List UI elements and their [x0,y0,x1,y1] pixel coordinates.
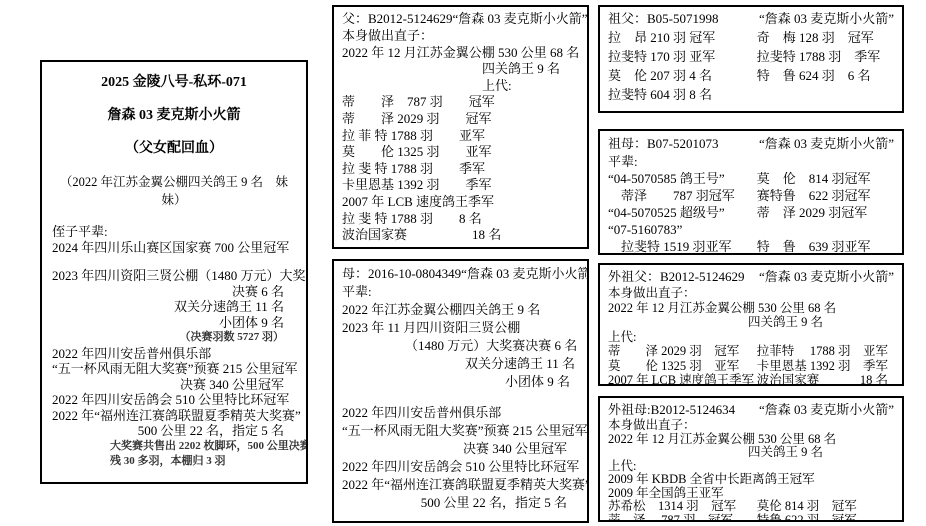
result-cell: 拉菲特 1788 羽 亚军 [757,344,894,359]
result-cell: 卡里恩基 1392 羽 季军 [757,359,894,374]
result-cell: “07-5160783” [608,221,757,238]
pedigree-chart: 2025 金陵八号-私环-071 詹森 03 麦克斯小火箭 （父女配回血） （2… [0,0,926,526]
father-ring-number: 父：B2012-5124629 [342,10,453,28]
result-cell: 波治国家赛 18 名 [757,373,894,386]
ancestor-result-row: 蒂 泽 2029 羽 冠军 [342,111,579,128]
pedigree-line: 本身做出直子： [608,286,894,301]
result-line: 2022 年四川安岳普州俱乐部 [52,346,296,362]
result-cell: 拉 昂 210 羽 冠军 [608,28,757,47]
result-line: 双关分速鸽王 11 名 [52,299,296,315]
pedigree-line: 平辈: [342,283,579,301]
result-cell [757,221,894,238]
mother-header: 母：2016-10-0804349 “詹森 03 麦克斯小火箭” [342,265,579,283]
subject-sibling-note: （2022 年江苏金翼公棚四关鸽王 9 名 妹妹） [52,173,296,209]
ancestor-result-row: 莫 伦 1325 羽 亚军 [342,144,579,161]
result-cell: 蒂泽 787 羽冠军 [608,187,757,204]
subject-ring-number: 2025 金陵八号-私环-071 [52,74,296,92]
maternal-grandfather-box: 外祖父：B2012-5124629 “詹森 03 麦克斯小火箭” 本身做出直子：… [598,263,904,386]
result-cell: 奇 梅 128 羽 冠军 [757,28,894,47]
pedigree-line: 平辈: [608,153,894,170]
grandmother-header: 祖母：B07-5201073 “詹森 03 麦克斯小火箭” [608,135,894,153]
ancestor-result-row: 蒂 泽 787 羽 冠军 [342,94,579,111]
result-line: 2022 年四川安岳鸽会 510 公里特比环冠军 [52,392,296,408]
grandmother-bird-name: “詹森 03 麦克斯小火箭” [759,135,894,153]
blank-line [342,391,579,404]
result-cell: 苏希松 1314 羽 冠军 [608,500,757,514]
result-cell: 拉斐特 1788 羽 季军 [757,47,894,66]
result-note-line: 残 30 多羽，本棚归 3 羽 [52,454,296,470]
mother-ring-number: 母：2016-10-0804349 [342,265,461,283]
result-cell: 蒂 泽 787 羽 冠军 [608,514,757,523]
pedigree-line: 2022 年 12 月江苏金翼公棚 530 公里 68 名 [342,45,579,62]
ancestor-result-row: “07-5160783” [608,221,894,238]
pedigree-line: 决赛 340 公里冠军 [342,440,579,458]
pedigree-line: “五一杯风雨无阻大奖赛”预赛 215 公里冠军 [342,422,579,440]
pedigree-line: 四关鸽王 9 名 [608,446,894,460]
result-line: 500 公里 22 名，指定 5 名 [52,423,296,439]
result-cell: “04-5070525 超级号” [608,204,757,221]
grandfather-bird-name: “詹森 03 麦克斯小火箭” [759,10,894,28]
pedigree-line: 2022 年江苏金翼公棚四关鸽王 9 名 [342,301,579,319]
result-line: 侄子平辈: [52,224,296,240]
grandmother-ring-number: 祖母：B07-5201073 [608,135,719,153]
pedigree-line: 2023 年 11 月四川资阳三贤公棚 [342,319,579,337]
pedigree-line: 2009 年 KBDB 全省中长距离鸽王冠军 [608,473,894,487]
pedigree-line: 上代: [608,460,894,474]
pedigree-line: 500 公里 22 名，指定 5 名 [342,494,579,512]
maternal-grandfather-header: 外祖父：B2012-5124629 “詹森 03 麦克斯小火箭” [608,268,894,286]
ancestor-result-row: 拉斐特 1519 羽亚军 特 鲁 639 羽亚军 [608,238,894,255]
maternal-grandmother-bird-name: “詹森 03 麦克斯小火箭” [759,401,894,419]
result-cell: “04-5070585 鸽王号” [608,170,757,187]
pedigree-line: 双关分速鸽王 11 名 [342,355,579,373]
pedigree-line: 本身做出直子： [608,419,894,433]
pedigree-line: 2022 年 12 月江苏金翼公棚 530 公里 68 名 [608,433,894,447]
mother-box: 母：2016-10-0804349 “詹森 03 麦克斯小火箭” 平辈: 202… [332,259,589,523]
maternal-grandfather-bird-name: “詹森 03 麦克斯小火箭” [759,268,894,286]
grandfather-ring-number: 祖父：B05-5071998 [608,10,719,28]
ancestor-result-row: 波治国家赛 18 名 [342,227,579,244]
result-line: 决赛 6 名 [52,284,296,300]
pedigree-line: 2022 年四川安岳鸽会 510 公里特比环冠军 [342,458,579,476]
result-line: 2024 年四川乐山赛区国家赛 700 公里冠军 [52,240,296,256]
result-cell: 特鲁 622 羽 冠军 [757,514,894,523]
ancestor-result-row: 蒂 泽 787 羽 冠军 特鲁 622 羽 冠军 [608,514,894,523]
ancestor-result-row: 2007 年 LCB 速度鸽王季军 [342,194,579,211]
result-cell: 赛特鲁 622 羽冠军 [757,187,894,204]
ancestor-result-row: 2007 年 LCB 速度鸽王季军 波治国家赛 18 名 [608,373,894,386]
result-cell: 蒂 泽 2029 羽冠军 [757,204,894,221]
grandmother-box: 祖母：B07-5201073 “詹森 03 麦克斯小火箭” 平辈: “04-50… [598,129,904,255]
ancestor-result-row: 拉 昂 210 羽 冠军 奇 梅 128 羽 冠军 [608,28,894,47]
grandfather-header: 祖父：B05-5071998 “詹森 03 麦克斯小火箭” [608,10,894,28]
result-line: 2022 年“福州连江赛鸽联盟夏季精英大奖赛” [52,408,296,424]
pedigree-line: 上代: [608,330,894,345]
ancestor-result-row: 拉斐特 604 羽 8 名 [608,85,894,104]
maternal-grandmother-ring-number: 外祖母:B2012-5124634 [608,401,735,419]
result-line: 决赛 340 公里冠军 [52,377,296,393]
result-cell: 莫 伦 1325 羽 亚军 [608,359,757,374]
result-cell: 特 鲁 639 羽亚军 [757,238,894,255]
result-cell: 2007 年 LCB 速度鸽王季军 [608,373,757,386]
maternal-grandfather-ring-number: 外祖父：B2012-5124629 [608,268,745,286]
result-cell: 蒂 泽 2029 羽 冠军 [608,344,757,359]
ancestor-result-row: 卡里恩基 1392 羽 季军 [342,177,579,194]
subject-bird-name: 詹森 03 麦克斯小火箭 [52,107,296,125]
ancestor-result-row: 拉 斐 特 1788 羽 8 名 [342,211,579,228]
result-cell: 莫伦 814 羽 冠军 [757,500,894,514]
result-note-line: 大奖赛共售出 2202 枚脚环，500 公里决赛后， [52,439,296,455]
pedigree-line: 2022 年四川安岳普州俱乐部 [342,404,579,422]
result-cell: 莫 伦 207 羽 4 名 [608,66,757,85]
mother-bird-name: “詹森 03 麦克斯小火箭” [461,265,589,283]
ancestor-result-row: “04-5070585 鸽王号” 莫 伦 814 羽冠军 [608,170,894,187]
pedigree-line: 上代: [342,78,579,95]
result-cell: 特 鲁 624 羽 6 名 [757,66,894,85]
father-bird-name: “詹森 03 麦克斯小火箭” [453,10,588,28]
pedigree-line: 2022 年“福州连江赛鸽联盟夏季精英大奖赛” [342,476,579,494]
result-line: 2023 年四川资阳三贤公棚（1480 万元）大奖赛 [52,268,296,284]
pedigree-line: （1480 万元）大奖赛决赛 6 名 [342,337,579,355]
ancestor-result-row: 蒂 泽 2029 羽 冠军 拉菲特 1788 羽 亚军 [608,344,894,359]
result-cell [757,85,894,104]
subject-breeding-note: （父女配回血） [52,140,296,158]
result-cell: 拉斐特 1519 羽亚军 [608,238,757,255]
pedigree-line: 四关鸽王 9 名 [608,315,894,330]
blank-line [52,255,296,268]
result-cell: 拉斐特 170 羽 亚军 [608,47,757,66]
result-line: “五一杯风雨无阻大奖赛”预赛 215 公里冠军 [52,361,296,377]
father-box: 父：B2012-5124629 “詹森 03 麦克斯小火箭” 本身做出直子： 2… [332,5,589,249]
pedigree-line: 本身做出直子： [342,28,579,45]
pedigree-line: 小团体 9 名 [342,373,579,391]
maternal-grandmother-box: 外祖母:B2012-5124634 “詹森 03 麦克斯小火箭” 本身做出直子：… [598,396,904,522]
subject-box: 2025 金陵八号-私环-071 詹森 03 麦克斯小火箭 （父女配回血） （2… [40,60,308,484]
grandfather-box: 祖父：B05-5071998 “詹森 03 麦克斯小火箭” 拉 昂 210 羽 … [598,5,904,113]
ancestor-result-row: 拉斐特 170 羽 亚军 拉斐特 1788 羽 季军 [608,47,894,66]
result-cell: 拉斐特 604 羽 8 名 [608,85,757,104]
ancestor-result-row: 莫 伦 1325 羽 亚军 卡里恩基 1392 羽 季军 [608,359,894,374]
ancestor-result-row: 苏希松 1314 羽 冠军 莫伦 814 羽 冠军 [608,500,894,514]
father-header: 父：B2012-5124629 “詹森 03 麦克斯小火箭” [342,10,579,28]
result-cell: 莫 伦 814 羽冠军 [757,170,894,187]
ancestor-result-row: 莫 伦 207 羽 4 名 特 鲁 624 羽 6 名 [608,66,894,85]
ancestor-result-row: 拉 菲 特 1788 羽 亚军 [342,128,579,145]
ancestor-result-row: 拉 斐 特 1788 羽 季军 [342,161,579,178]
ancestor-result-row: 蒂泽 787 羽冠军 赛特鲁 622 羽冠军 [608,187,894,204]
maternal-grandmother-header: 外祖母:B2012-5124634 “詹森 03 麦克斯小火箭” [608,401,894,419]
pedigree-line: 2022 年 12 月江苏金翼公棚 530 公里 68 名 [608,301,894,316]
ancestor-result-row: “04-5070525 超级号” 蒂 泽 2029 羽冠军 [608,204,894,221]
pedigree-line: 2009 年全国鸽王亚军 [608,487,894,501]
result-line: 小团体 9 名 [52,315,296,331]
result-note-line: （决赛羽数 5727 羽） [52,330,296,346]
pedigree-line: 四关鸽王 9 名 [342,61,579,78]
